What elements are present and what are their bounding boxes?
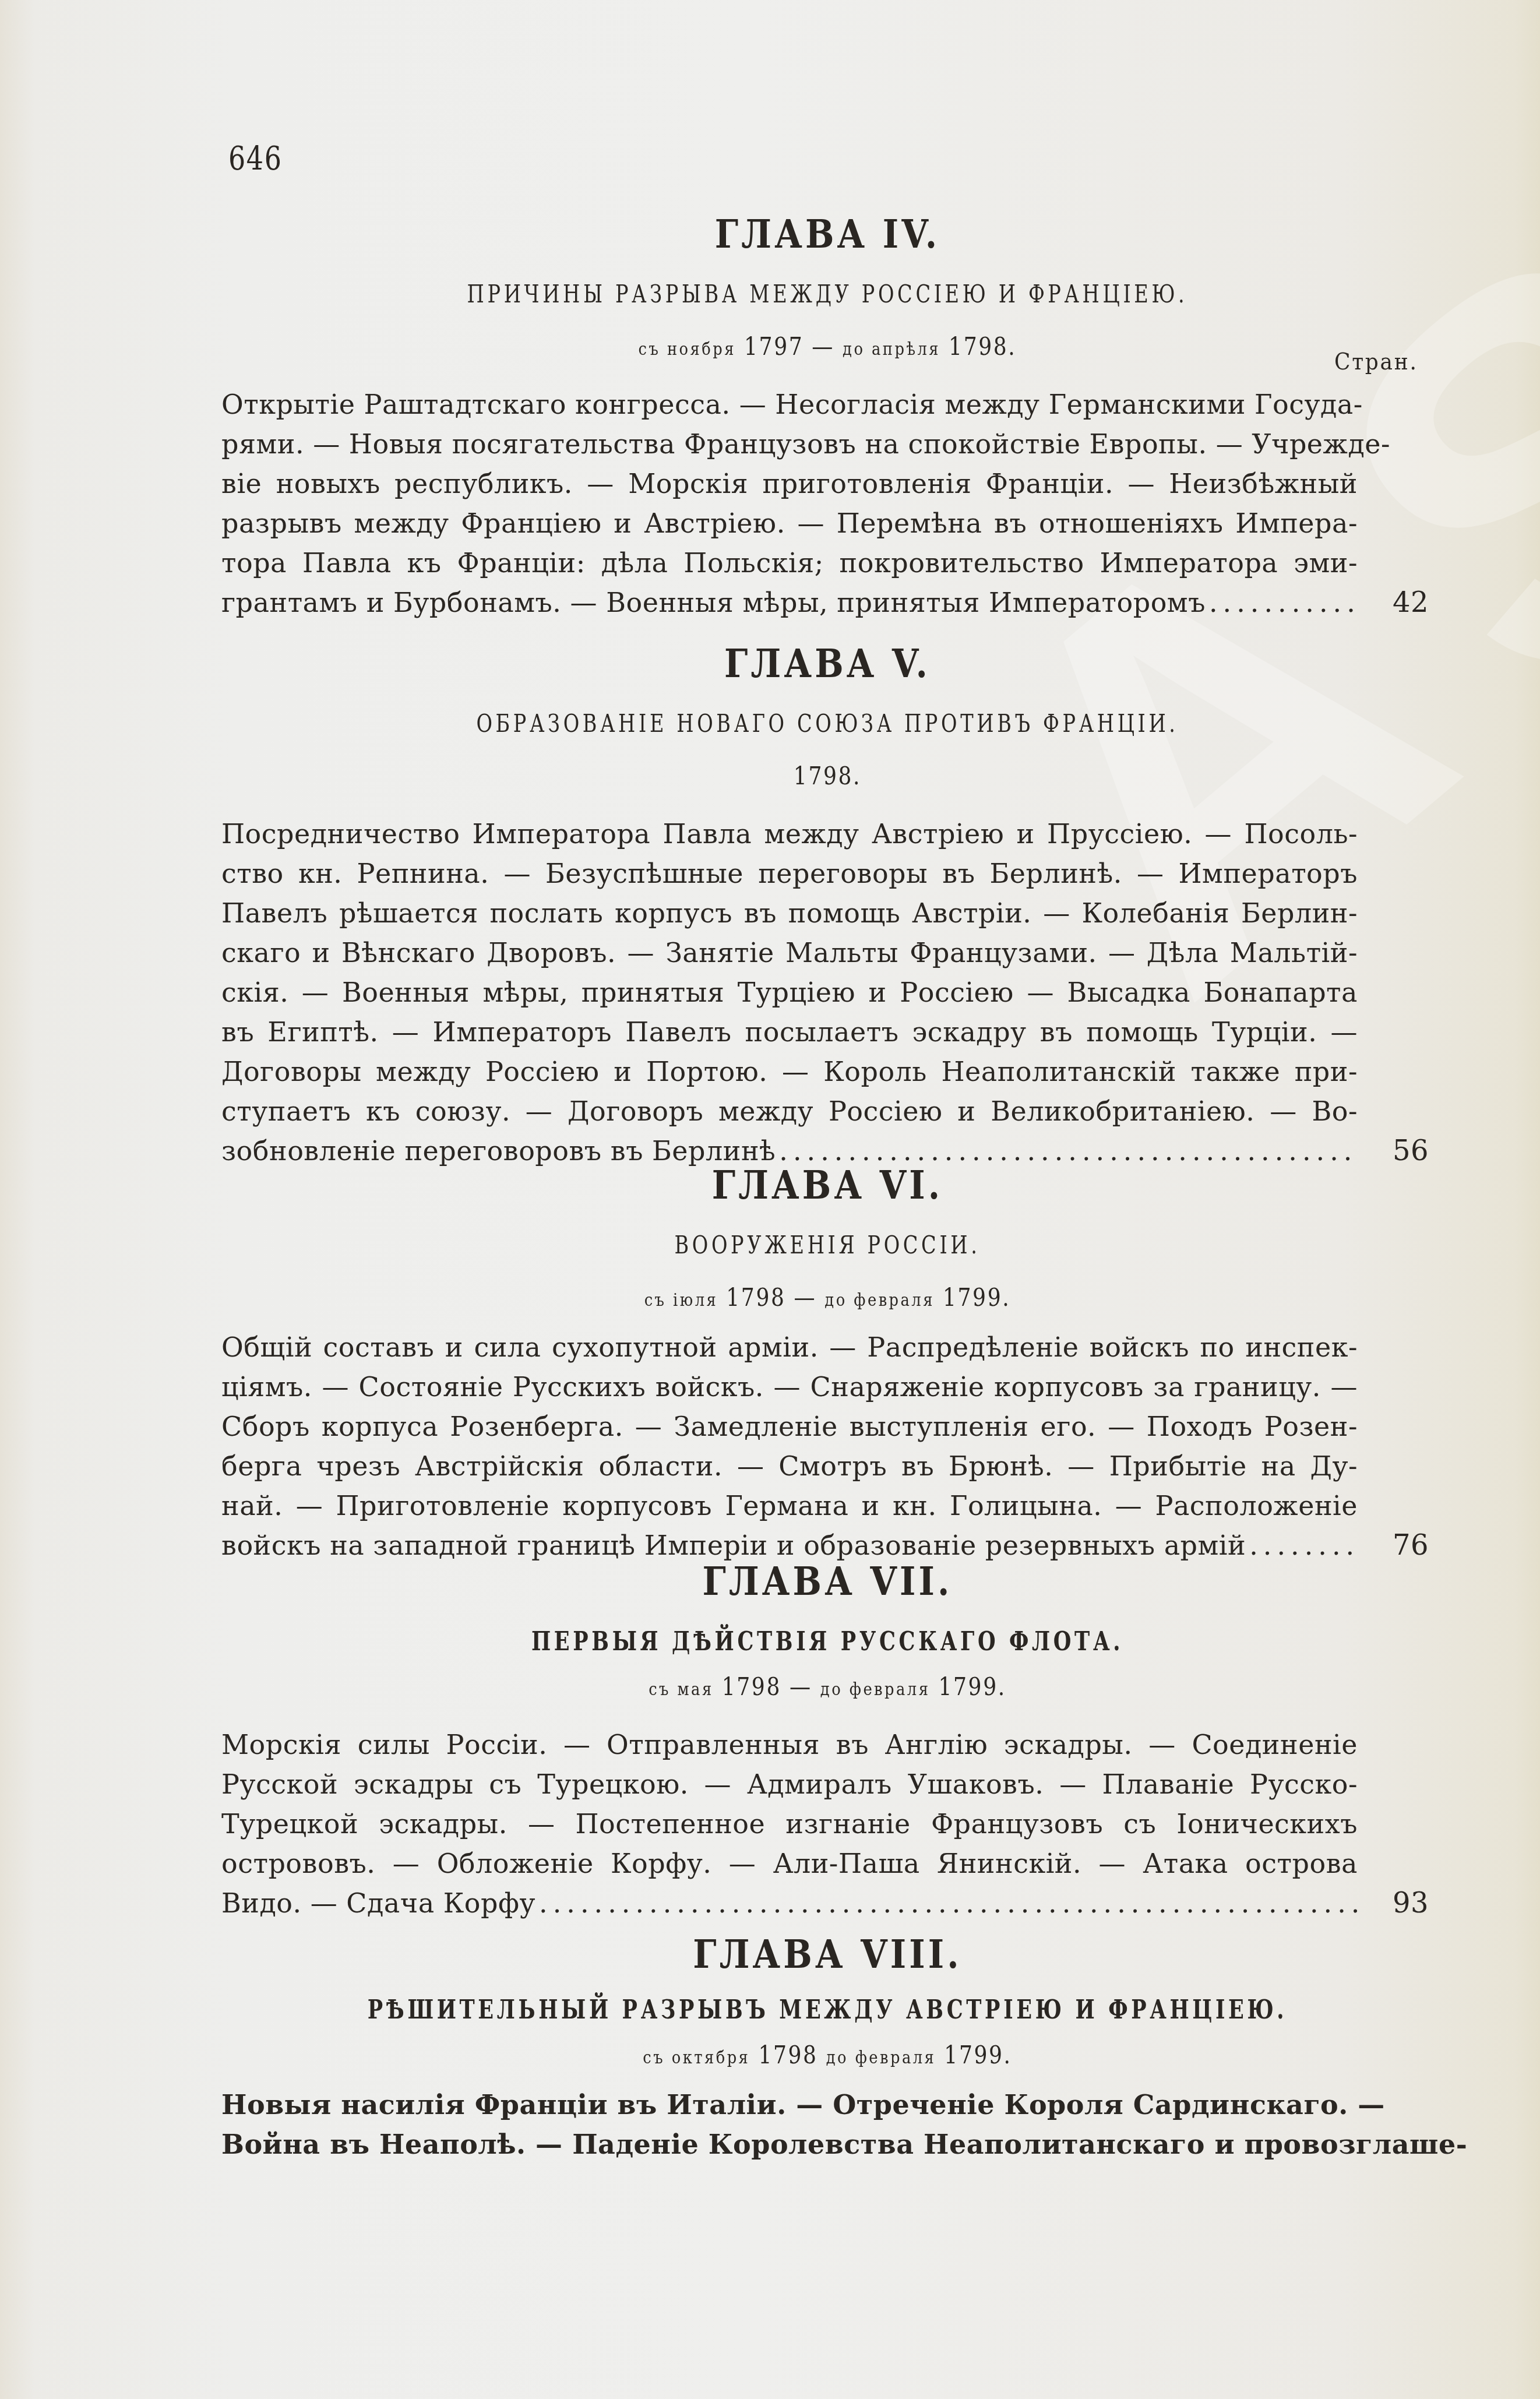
summary-line: разрывъ между Франціею и Австріею. — Пер… <box>221 503 1358 543</box>
summary-line: Павелъ рѣшается послать корпусъ въ помощ… <box>221 893 1358 933</box>
chapter-subtitle: ПЕРВЫЯ ДѢЙСТВІЯ РУССКАГО ФЛОТА. <box>343 1629 1312 1655</box>
date-separator: — <box>790 1672 812 1701</box>
date-prefix: съ мая <box>649 1679 713 1700</box>
page-number: 646 <box>228 140 283 178</box>
date-mid: до февраля <box>826 2048 936 2068</box>
summary-line: ступаетъ къ союзу. — Договоръ между Росс… <box>221 1091 1358 1131</box>
chapter-4: ГЛАВА IV. ПРИЧИНЫ РАЗРЫВА МЕЖДУ РОССІЕЮ … <box>221 214 1433 622</box>
page-column-header: Стран. <box>1334 348 1418 375</box>
date-prefix: съ ноября <box>639 339 736 360</box>
dot-leader <box>1209 583 1358 622</box>
summary-line: Общій составъ и сила сухопутной арміи. —… <box>221 1327 1358 1367</box>
summary-line: най. — Приготовленіе корпусовъ Германа и… <box>221 1486 1358 1526</box>
summary-line: Война въ Неаполѣ. — Паденіе Королевства … <box>221 2125 1358 2164</box>
summary-line-text: зобновленіе переговоровъ въ Берлинѣ <box>221 1131 776 1171</box>
date-mid: до февраля <box>820 1679 931 1700</box>
chapter-subtitle: ВООРУЖЕНІЯ РОССІИ. <box>343 1233 1312 1257</box>
summary-line: берга чрезъ Австрійскія области. — Смотр… <box>221 1446 1358 1486</box>
summary-last-line: грантамъ и Бурбонамъ. — Военныя мѣры, пр… <box>221 583 1358 622</box>
chapter-title: ГЛАВА VI. <box>306 1165 1349 1205</box>
chapter-5: ГЛАВА V. ОБРАЗОВАНІЕ НОВАГО СОЮЗА ПРОТИВ… <box>221 644 1433 1171</box>
date-mid: до февраля <box>824 1290 935 1311</box>
chapter-subtitle: РѢШИТЕЛЬНЫЙ РАЗРЫВЪ МЕЖДУ АВСТРІЕЮ И ФРА… <box>343 1998 1312 2023</box>
summary-line: Сборъ корпуса Розенберга. — Замедленіе в… <box>221 1407 1358 1446</box>
page-reference[interactable]: 56 <box>1393 1131 1433 1171</box>
summary-line: Новыя насилія Франціи въ Италіи. — Отреч… <box>221 2085 1358 2125</box>
chapter-date-range: 1798. <box>306 764 1349 788</box>
chapter-8: ГЛАВА VIII. РѢШИТЕЛЬНЫЙ РАЗРЫВЪ МЕЖДУ АВ… <box>221 1935 1433 2164</box>
summary-line: рями. — Новыя посягательства Французовъ … <box>221 424 1358 464</box>
date-year: 1798. <box>794 762 861 790</box>
chapter-date-range: съ ноября 1797 — до апрѣля 1798. <box>306 334 1349 359</box>
date-year-end: 1799. <box>938 1672 1006 1701</box>
summary-line: Договоры между Россіею и Портою. — Корол… <box>221 1052 1358 1091</box>
chapter-title: ГЛАВА VII. <box>306 1562 1349 1601</box>
summary-line: въ Египтѣ. — Императоръ Павелъ посылаетъ… <box>221 1012 1358 1052</box>
summary-line-text: Видо. — Сдача Корфу <box>221 1883 535 1923</box>
summary-line: острововъ. — Обложеніе Корфу. — Али-Паша… <box>221 1844 1358 1883</box>
page-reference[interactable]: 42 <box>1393 583 1433 622</box>
date-year-end: 1799. <box>944 2041 1012 2069</box>
chapter-title: ГЛАВА IV. <box>306 214 1349 254</box>
chapter-title: ГЛАВА V. <box>306 644 1349 684</box>
date-separator: — <box>794 1283 817 1312</box>
date-prefix: съ октября <box>643 2048 750 2068</box>
date-mid: до апрѣля <box>843 339 940 360</box>
chapter-summary: Посредничество Императора Павла между Ав… <box>221 814 1433 1171</box>
summary-line: тора Павла къ Франціи: дѣла Польскія; по… <box>221 543 1358 583</box>
date-year-start: 1798 <box>726 1283 785 1312</box>
date-year-start: 1797 <box>744 332 804 361</box>
chapter-summary: Общій составъ и сила сухопутной арміи. —… <box>221 1327 1433 1565</box>
date-separator: — <box>812 332 834 361</box>
chapter-title: ГЛАВА VIII. <box>306 1935 1349 1974</box>
date-year-start: 1798 <box>758 2041 817 2069</box>
book-page: A S 646 ГЛАВА IV. ПРИЧИНЫ РАЗРЫВА МЕЖДУ … <box>0 0 1540 2399</box>
chapter-7: ГЛАВА VII. ПЕРВЫЯ ДѢЙСТВІЯ РУССКАГО ФЛОТ… <box>221 1562 1433 1923</box>
chapter-date-range: съ октября 1798 до февраля 1799. <box>306 2043 1349 2067</box>
chapter-subtitle: ОБРАЗОВАНІЕ НОВАГО СОЮЗА ПРОТИВЪ ФРАНЦІИ… <box>343 711 1312 736</box>
chapter-subtitle: ПРИЧИНЫ РАЗРЫВА МЕЖДУ РОССІЕЮ И ФРАНЦІЕЮ… <box>343 282 1312 307</box>
summary-line: скія. — Военныя мѣры, принятыя Турціею и… <box>221 973 1358 1012</box>
date-year-end: 1798. <box>949 332 1016 361</box>
chapter-summary: Открытіе Раштадтскаго конгресса. — Несог… <box>221 385 1433 622</box>
summary-line: Морскія силы Россіи. — Отправленныя въ А… <box>221 1725 1358 1764</box>
dot-leader <box>539 1883 1358 1923</box>
summary-last-line: Видо. — Сдача Корфу 93 <box>221 1883 1358 1923</box>
chapter-date-range: съ мая 1798 — до февраля 1799. <box>306 1675 1349 1699</box>
chapter-6: ГЛАВА VI. ВООРУЖЕНІЯ РОССІИ. съ іюля 179… <box>221 1165 1433 1565</box>
summary-line: скаго и Вѣнскаго Дворовъ. — Занятіе Маль… <box>221 933 1358 973</box>
summary-line: ство кн. Репнина. — Безуспѣшные перегово… <box>221 854 1358 893</box>
chapter-summary: Новыя насилія Франціи въ Италіи. — Отреч… <box>221 2085 1433 2164</box>
summary-line: Открытіе Раштадтскаго конгресса. — Несог… <box>221 385 1358 424</box>
summary-line: Русской эскадры съ Турецкою. — Адмиралъ … <box>221 1764 1358 1804</box>
chapter-summary: Морскія силы Россіи. — Отправленныя въ А… <box>221 1725 1433 1923</box>
page-reference[interactable]: 76 <box>1393 1526 1433 1565</box>
summary-line: Посредничество Императора Павла между Ав… <box>221 814 1358 854</box>
date-year-start: 1798 <box>722 1672 781 1701</box>
date-year-end: 1799. <box>943 1283 1010 1312</box>
page-reference[interactable]: 93 <box>1393 1883 1433 1923</box>
date-prefix: съ іюля <box>644 1290 718 1311</box>
summary-line: Турецкой эскадры. — Постепенное изгнаніе… <box>221 1804 1358 1844</box>
dot-leader <box>1249 1526 1358 1565</box>
summary-line: віе новыхъ республикъ. — Морскія пригото… <box>221 464 1358 503</box>
summary-line: ціямъ. — Состояніе Русскихъ войскъ. — Сн… <box>221 1367 1358 1407</box>
summary-line-text: грантамъ и Бурбонамъ. — Военныя мѣры, пр… <box>221 583 1206 622</box>
chapter-date-range: съ іюля 1798 — до февраля 1799. <box>306 1285 1349 1310</box>
